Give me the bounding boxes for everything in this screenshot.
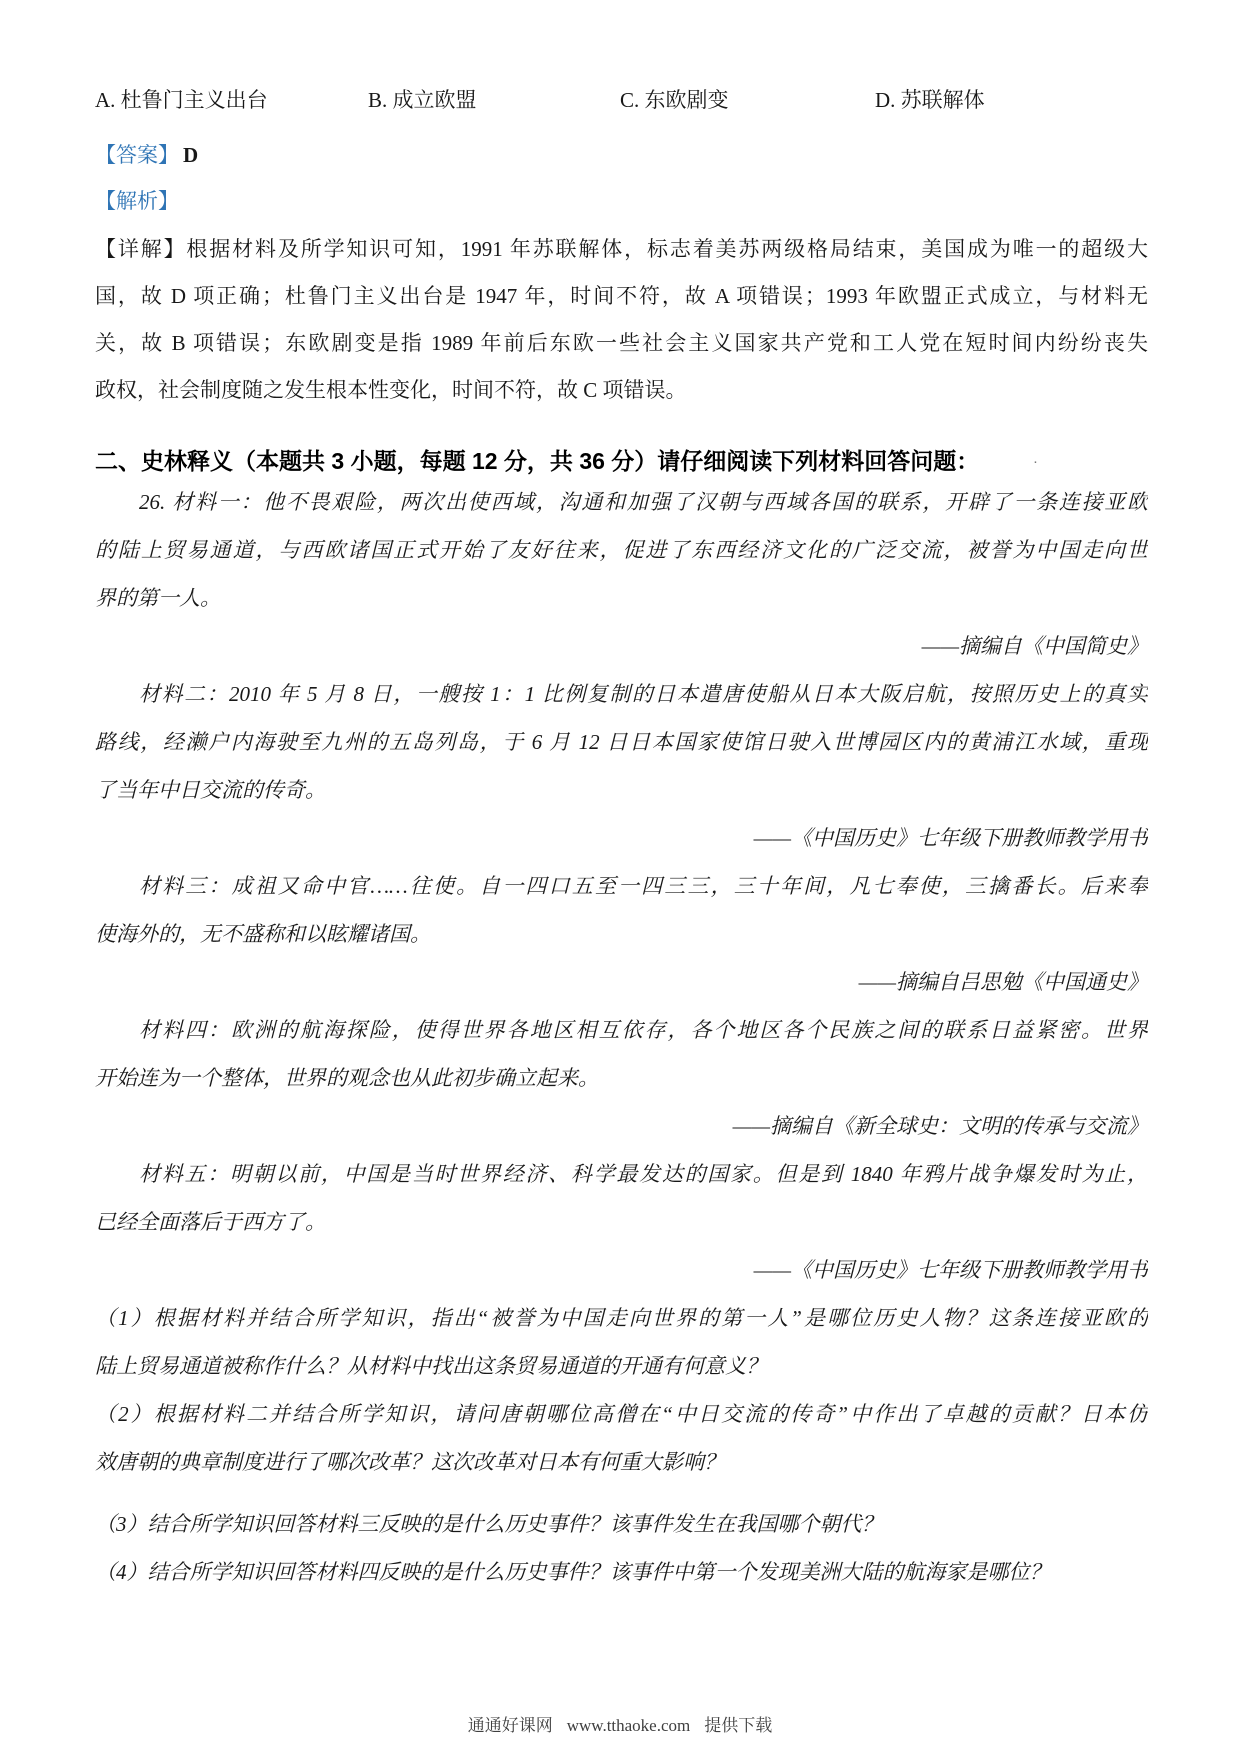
material-line: 开始连为一个整体，世界的观念也从此初步确立起来。: [95, 1054, 1148, 1102]
material-line: 26. 材料一：他不畏艰险，两次出使西域，沟通和加强了汉朝与西域各国的联系，开辟…: [95, 478, 1148, 526]
footer-suffix: 提供下载: [704, 1716, 772, 1735]
material-line: 界的第一人。: [95, 574, 1148, 622]
question-1: （1）根据材料并结合所学知识，指出“被誉为中国走向世界的第一人”是哪位历史人物？…: [95, 1294, 1148, 1390]
question-line: 效唐朝的典章制度进行了哪次改革？这次改革对日本有何重大影响？: [95, 1438, 1148, 1486]
material-1: 26. 材料一：他不畏艰险，两次出使西域，沟通和加强了汉朝与西域各国的联系，开辟…: [95, 478, 1148, 622]
material-4-citation: ——摘编自《新全球史：文明的传承与交流》: [95, 1102, 1148, 1150]
material-3: 材料三：成祖又命中官……往使。自一四口五至一四三三，三十年间，凡七奉使，三擒番长…: [95, 862, 1148, 958]
explanation-line: 政权，社会制度随之发生根本性变化，时间不符，故 C 项错误。: [95, 367, 1148, 414]
option-b: B. 成立欧盟: [368, 84, 477, 116]
material-line: 了当年中日交流的传奇。: [95, 766, 1148, 814]
explanation-paragraph: 【详解】根据材料及所学知识可知，1991 年苏联解体，标志着美苏两级格局结束，美…: [95, 226, 1148, 414]
question-line: （3）结合所学知识回答材料三反映的是什么历史事件？该事件发生在我国哪个朝代？: [95, 1500, 1148, 1548]
material-line: 的陆上贸易通道，与西欧诸国正式开始了友好往来，促进了东西经济文化的广泛交流，被誉…: [95, 526, 1148, 574]
question-line: 陆上贸易通道被称作什么？从材料中找出这条贸易通道的开通有何意义？: [95, 1342, 1148, 1390]
material-4: 材料四：欧洲的航海探险，使得世界各地区相互依存，各个地区各个民族之间的联系日益紧…: [95, 1006, 1148, 1102]
material-line: 材料四：欧洲的航海探险，使得世界各地区相互依存，各个地区各个民族之间的联系日益紧…: [95, 1006, 1148, 1054]
footer-site-name: 通通好课网: [468, 1716, 553, 1735]
material-line: 材料三：成祖又命中官……往使。自一四口五至一四三三，三十年间，凡七奉使，三擒番长…: [95, 862, 1148, 910]
question-line: （4）结合所学知识回答材料四反映的是什么历史事件？该事件中第一个发现美洲大陆的航…: [95, 1548, 1148, 1596]
mc-options-row: A. 杜鲁门主义出台 B. 成立欧盟 C. 东欧剧变 D. 苏联解体: [95, 84, 1148, 116]
material-line: 材料二：2010 年 5 月 8 日，一艘按 1：1 比例复制的日本遣唐使船从日…: [95, 670, 1148, 718]
question-4: （4）结合所学知识回答材料四反映的是什么历史事件？该事件中第一个发现美洲大陆的航…: [95, 1548, 1148, 1596]
question-2: （2）根据材料二并结合所学知识，请问唐朝哪位高僧在“中日交流的传奇”中作出了卓越…: [95, 1390, 1148, 1486]
material-2: 材料二：2010 年 5 月 8 日，一艘按 1：1 比例复制的日本遣唐使船从日…: [95, 670, 1148, 814]
material-1-citation: ——摘编自《中国简史》: [95, 622, 1148, 670]
material-3-citation: ——摘编自吕思勉《中国通史》: [95, 958, 1148, 1006]
option-a: A. 杜鲁门主义出台: [95, 84, 268, 116]
material-2-citation: ——《中国历史》七年级下册教师教学用书: [95, 814, 1148, 862]
answer-label: 【答案】: [95, 143, 179, 167]
material-5: 材料五：明朝以前，中国是当时世界经济、科学最发达的国家。但是到 1840 年鸦片…: [95, 1150, 1148, 1246]
answer-row: 【答案】D: [95, 138, 1148, 172]
explanation-line: 关，故 B 项错误；东欧剧变是指 1989 年前后东欧一些社会主义国家共产党和工…: [95, 320, 1148, 367]
analysis-row: 【解析】: [95, 184, 1148, 218]
question-line: （1）根据材料并结合所学知识，指出“被誉为中国走向世界的第一人”是哪位历史人物？…: [95, 1294, 1148, 1342]
material-line: 已经全面落后于西方了。: [95, 1198, 1148, 1246]
page-footer: 通通好课网www.tthaoke.com提供下载: [0, 1714, 1240, 1738]
material-5-citation: ——《中国历史》七年级下册教师教学用书: [95, 1246, 1148, 1294]
section-heading-text: 二、史林释义（本题共 3 小题，每题 12 分，共 36 分）请仔细阅读下列材料…: [95, 448, 979, 474]
material-line: 使海外的，无不盛称和以眩耀诸国。: [95, 910, 1148, 958]
section-heading: 二、史林释义（本题共 3 小题，每题 12 分，共 36 分）请仔细阅读下列材料…: [95, 440, 1148, 478]
question-line: （2）根据材料二并结合所学知识，请问唐朝哪位高僧在“中日交流的传奇”中作出了卓越…: [95, 1390, 1148, 1438]
question-3: （3）结合所学知识回答材料三反映的是什么历史事件？该事件发生在我国哪个朝代？: [95, 1500, 1148, 1548]
explanation-line: 【详解】根据材料及所学知识可知，1991 年苏联解体，标志着美苏两级格局结束，美…: [95, 226, 1148, 273]
material-line: 路线，经濑户内海驶至九州的五岛列岛，于 6 月 12 日日本国家使馆日驶入世博园…: [95, 718, 1148, 766]
stray-period-mark: .: [1033, 450, 1037, 467]
footer-url[interactable]: www.tthaoke.com: [567, 1716, 691, 1735]
explanation-line: 国，故 D 项正确；杜鲁门主义出台是 1947 年，时间不符，故 A 项错误；1…: [95, 273, 1148, 320]
option-d: D. 苏联解体: [875, 84, 985, 116]
material-line: 材料五：明朝以前，中国是当时世界经济、科学最发达的国家。但是到 1840 年鸦片…: [95, 1150, 1148, 1198]
option-c: C. 东欧剧变: [620, 84, 729, 116]
answer-value: D: [183, 143, 199, 167]
exam-page: A. 杜鲁门主义出台 B. 成立欧盟 C. 东欧剧变 D. 苏联解体 【答案】D…: [0, 0, 1240, 1596]
analysis-label: 【解析】: [95, 189, 179, 213]
